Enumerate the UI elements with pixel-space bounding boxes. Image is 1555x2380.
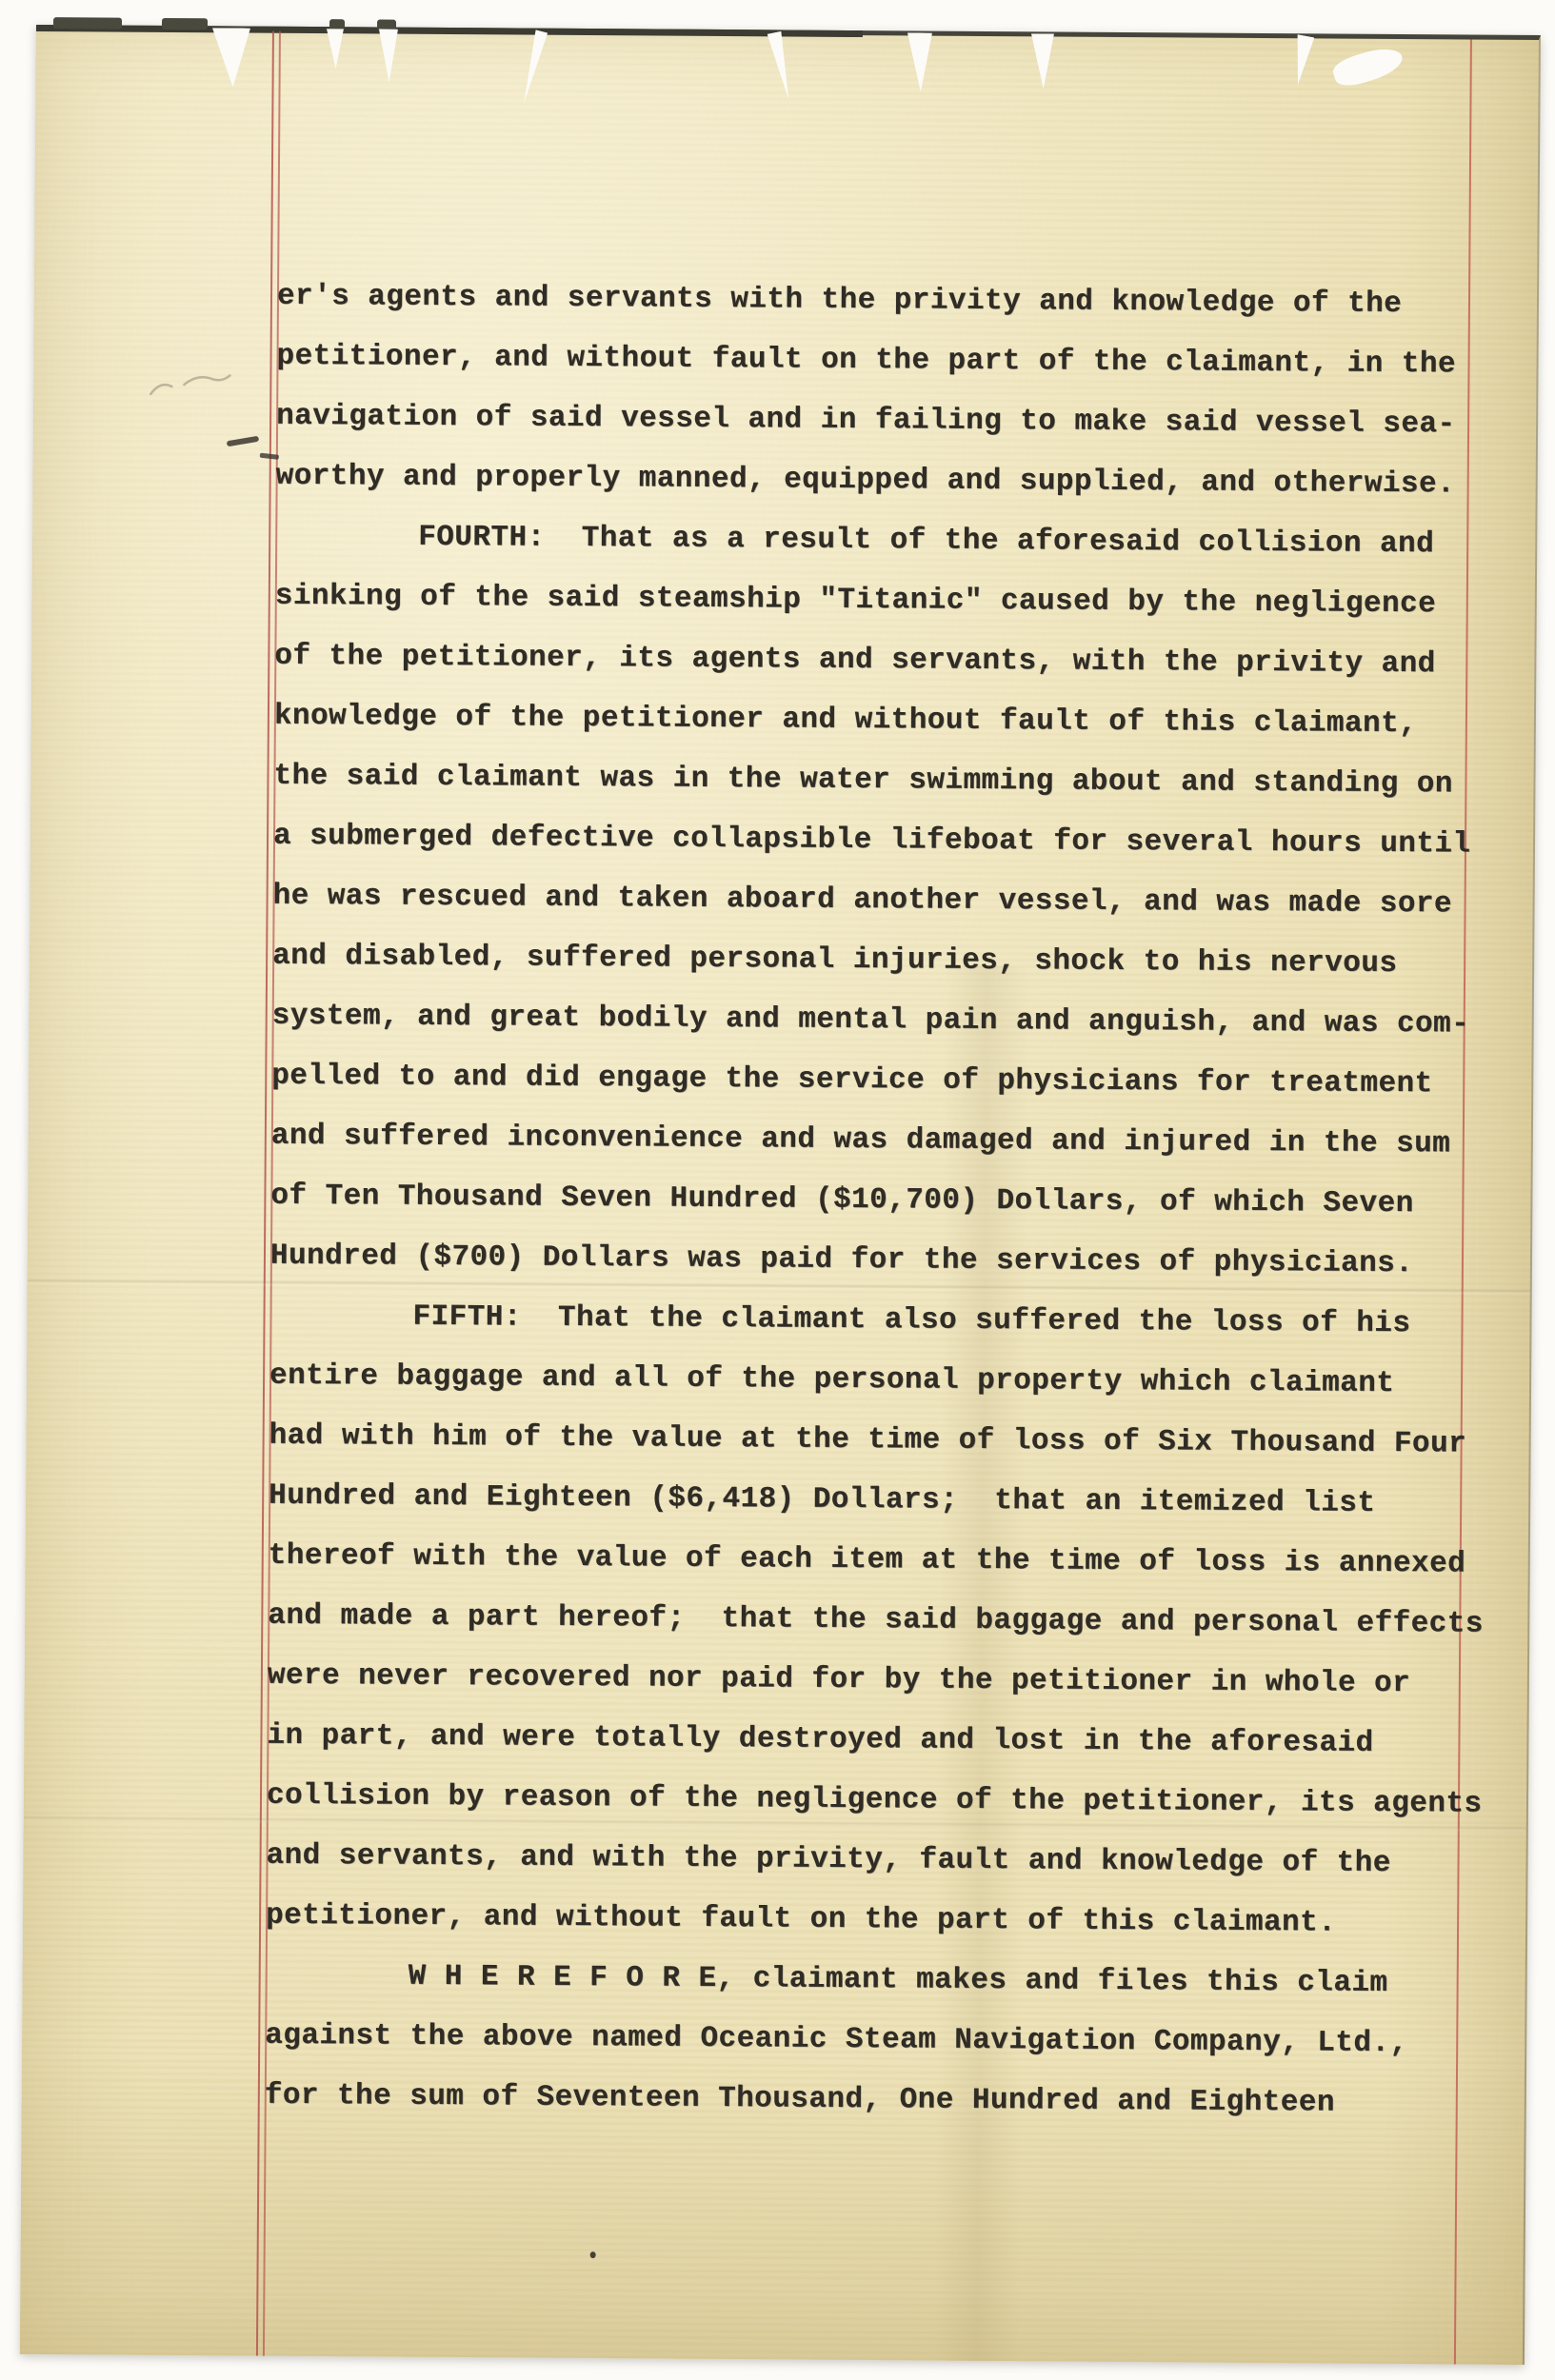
text-line: Hundred ($700) Dollars was paid for the … [270, 1226, 1499, 1295]
text-line: in part, and were totally destroyed and … [267, 1706, 1495, 1775]
paper-tear [379, 30, 398, 83]
torn-paper-nub [53, 17, 122, 30]
text-line: petitioner, and without fault on the par… [276, 327, 1505, 395]
text-line: for the sum of Seventeen Thousand, One H… [265, 2066, 1493, 2134]
paper-tear [327, 29, 344, 69]
text-line: pelled to and did engage the service of … [271, 1046, 1500, 1115]
text-line: navigation of said vessel and in failing… [276, 387, 1505, 455]
text-line: er's agents and servants with the privit… [277, 267, 1505, 335]
text-line: thereof with the value of each item at t… [269, 1526, 1497, 1595]
paper-sheet: er's agents and servants with the privit… [20, 25, 1541, 2365]
torn-paper-nub [162, 18, 208, 30]
text-line: a submerged defective collapsible lifebo… [273, 806, 1502, 875]
text-line: he was rescued and taken aboard another … [272, 866, 1501, 935]
paper-tear [1288, 34, 1314, 86]
text-line: worthy and properly manned, equipped and… [275, 446, 1504, 515]
text-line: W H E R E F O R E, claimant makes and fi… [265, 1946, 1493, 2014]
text-line: and made a part hereof; that the said ba… [268, 1586, 1496, 1655]
text-line: FOURTH: That as a result of the aforesai… [275, 506, 1504, 575]
torn-top-edge [36, 25, 863, 37]
text-line: sinking of the said steamship "Titanic" … [275, 566, 1504, 635]
paper-tear [1031, 33, 1054, 89]
text-line: FIFTH: That the claimant also suffered t… [269, 1286, 1498, 1355]
text-line: and disabled, suffered personal injuries… [272, 926, 1501, 995]
text-line: of the petitioner, its agents and servan… [274, 626, 1503, 695]
text-line: the said claimant was in the water swimm… [273, 746, 1502, 815]
scanned-document: er's agents and servants with the privit… [0, 0, 1555, 2380]
pencil-mark [146, 356, 250, 405]
paper-tear [517, 30, 548, 105]
paper-tear [768, 31, 795, 102]
text-line: were never recovered nor paid for by the… [268, 1646, 1496, 1715]
text-line: entire baggage and all of the personal p… [269, 1346, 1498, 1415]
ink-dot [590, 2251, 596, 2258]
text-line: petitioner, and without fault on the par… [266, 1886, 1494, 1954]
text-line: and suffered inconvenience and was damag… [271, 1106, 1500, 1175]
paper-tear [1330, 42, 1406, 90]
text-line: against the above named Oceanic Steam Na… [265, 2006, 1493, 2074]
ink-smudge [227, 436, 260, 447]
paper-tear [907, 32, 932, 91]
text-line: knowledge of the petitioner and without … [274, 686, 1503, 755]
text-line: of Ten Thousand Seven Hundred ($10,700) … [270, 1166, 1499, 1235]
typewritten-text: er's agents and servants with the privit… [265, 267, 1506, 2134]
text-line: had with him of the value at the time of… [269, 1406, 1497, 1475]
text-line: system, and great bodily and mental pain… [272, 986, 1501, 1055]
text-line: collision by reason of the negligence of… [267, 1766, 1495, 1835]
text-line: and servants, and with the privity, faul… [266, 1826, 1494, 1894]
paper-tear [212, 28, 250, 87]
text-line: Hundred and Eighteen ($6,418) Dollars; t… [269, 1466, 1497, 1535]
